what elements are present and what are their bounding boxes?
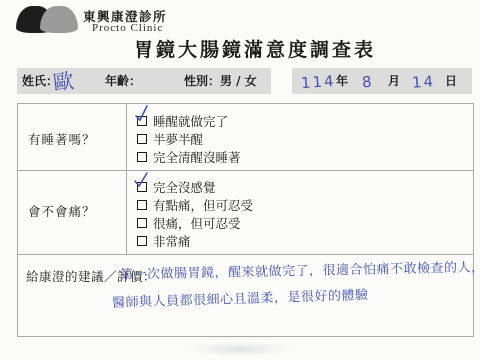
feedback-handwritten-line1: 第一次做腸胃鏡，醒來就做完了，很適合怕痛不敢檢查的人，	[120, 256, 480, 283]
date-day-unit: 日	[445, 68, 457, 94]
option-label: 完全清醒沒睡著	[153, 149, 241, 166]
question-pain-label: 會不會痛？	[28, 202, 96, 220]
gender-label: 性別：男 / 女	[184, 68, 257, 94]
handwritten-checkmark-icon	[133, 104, 150, 123]
checkbox-icon	[137, 236, 147, 246]
clinic-logo-icon	[16, 4, 78, 34]
checkbox-icon	[137, 134, 147, 144]
date-year-handwritten: 114	[300, 68, 336, 96]
checkbox-icon	[137, 152, 147, 162]
date-month-handwritten: 8	[361, 69, 374, 96]
option-label: 睡醒就做完了	[153, 113, 228, 130]
date-day-handwritten: 14	[411, 68, 436, 96]
option-row: 半夢半醒	[137, 131, 241, 149]
question-pain-options: 完全沒感覺 有點痛，但可忍受 很痛，但可忍受 非常痛	[137, 179, 253, 251]
option-label: 非常痛	[153, 233, 191, 250]
option-label: 有點痛，但可忍受	[153, 197, 253, 214]
checkbox-icon	[137, 218, 147, 228]
logo-gray-shell-icon	[40, 6, 78, 33]
option-label: 半夢半醒	[153, 131, 203, 148]
checkbox-icon	[137, 200, 147, 210]
option-row: 完全沒感覺	[137, 179, 253, 197]
clinic-name-en: Procto Clinic	[92, 22, 163, 34]
option-label: 完全沒感覺	[153, 179, 216, 196]
date-month-unit: 月	[388, 68, 400, 94]
age-label: 年齡：	[105, 68, 141, 94]
scanned-survey-form: 東興康澄診所 Procto Clinic 胃鏡大腸鏡滿意度調查表 姓氏： 歐 年…	[0, 0, 480, 360]
survey-table: 有睡著嗎？ 睡醒就做完了 半夢半醒 完全清醒沒睡著 會不會痛？	[17, 103, 474, 337]
surname-handwritten-value: 歐	[51, 65, 75, 97]
row-divider	[18, 254, 473, 255]
option-row: 完全清醒沒睡著	[137, 149, 241, 167]
date-band: 114 年 8 月 14 日	[292, 68, 472, 94]
scan-smudge	[185, 342, 295, 356]
form-title: 胃鏡大腸鏡滿意度調查表	[30, 35, 480, 62]
option-row: 非常痛	[137, 233, 253, 251]
handwritten-checkmark-icon	[133, 170, 150, 189]
question-sleep-label: 有睡著嗎？	[28, 130, 96, 148]
row-divider	[18, 170, 473, 171]
option-label: 很痛，但可忍受	[153, 215, 241, 232]
question-sleep-options: 睡醒就做完了 半夢半醒 完全清醒沒睡著	[137, 113, 241, 167]
option-row: 有點痛，但可忍受	[137, 197, 253, 215]
patient-info-band: 姓氏： 歐 年齡： 性別：男 / 女	[17, 68, 271, 94]
option-row: 很痛，但可忍受	[137, 215, 253, 233]
date-year-unit: 年	[336, 68, 348, 94]
feedback-handwritten-line2: 醫師與人員都很細心且溫柔，是很好的體驗	[112, 284, 369, 311]
option-row: 睡醒就做完了	[137, 113, 241, 131]
column-divider	[126, 104, 127, 254]
